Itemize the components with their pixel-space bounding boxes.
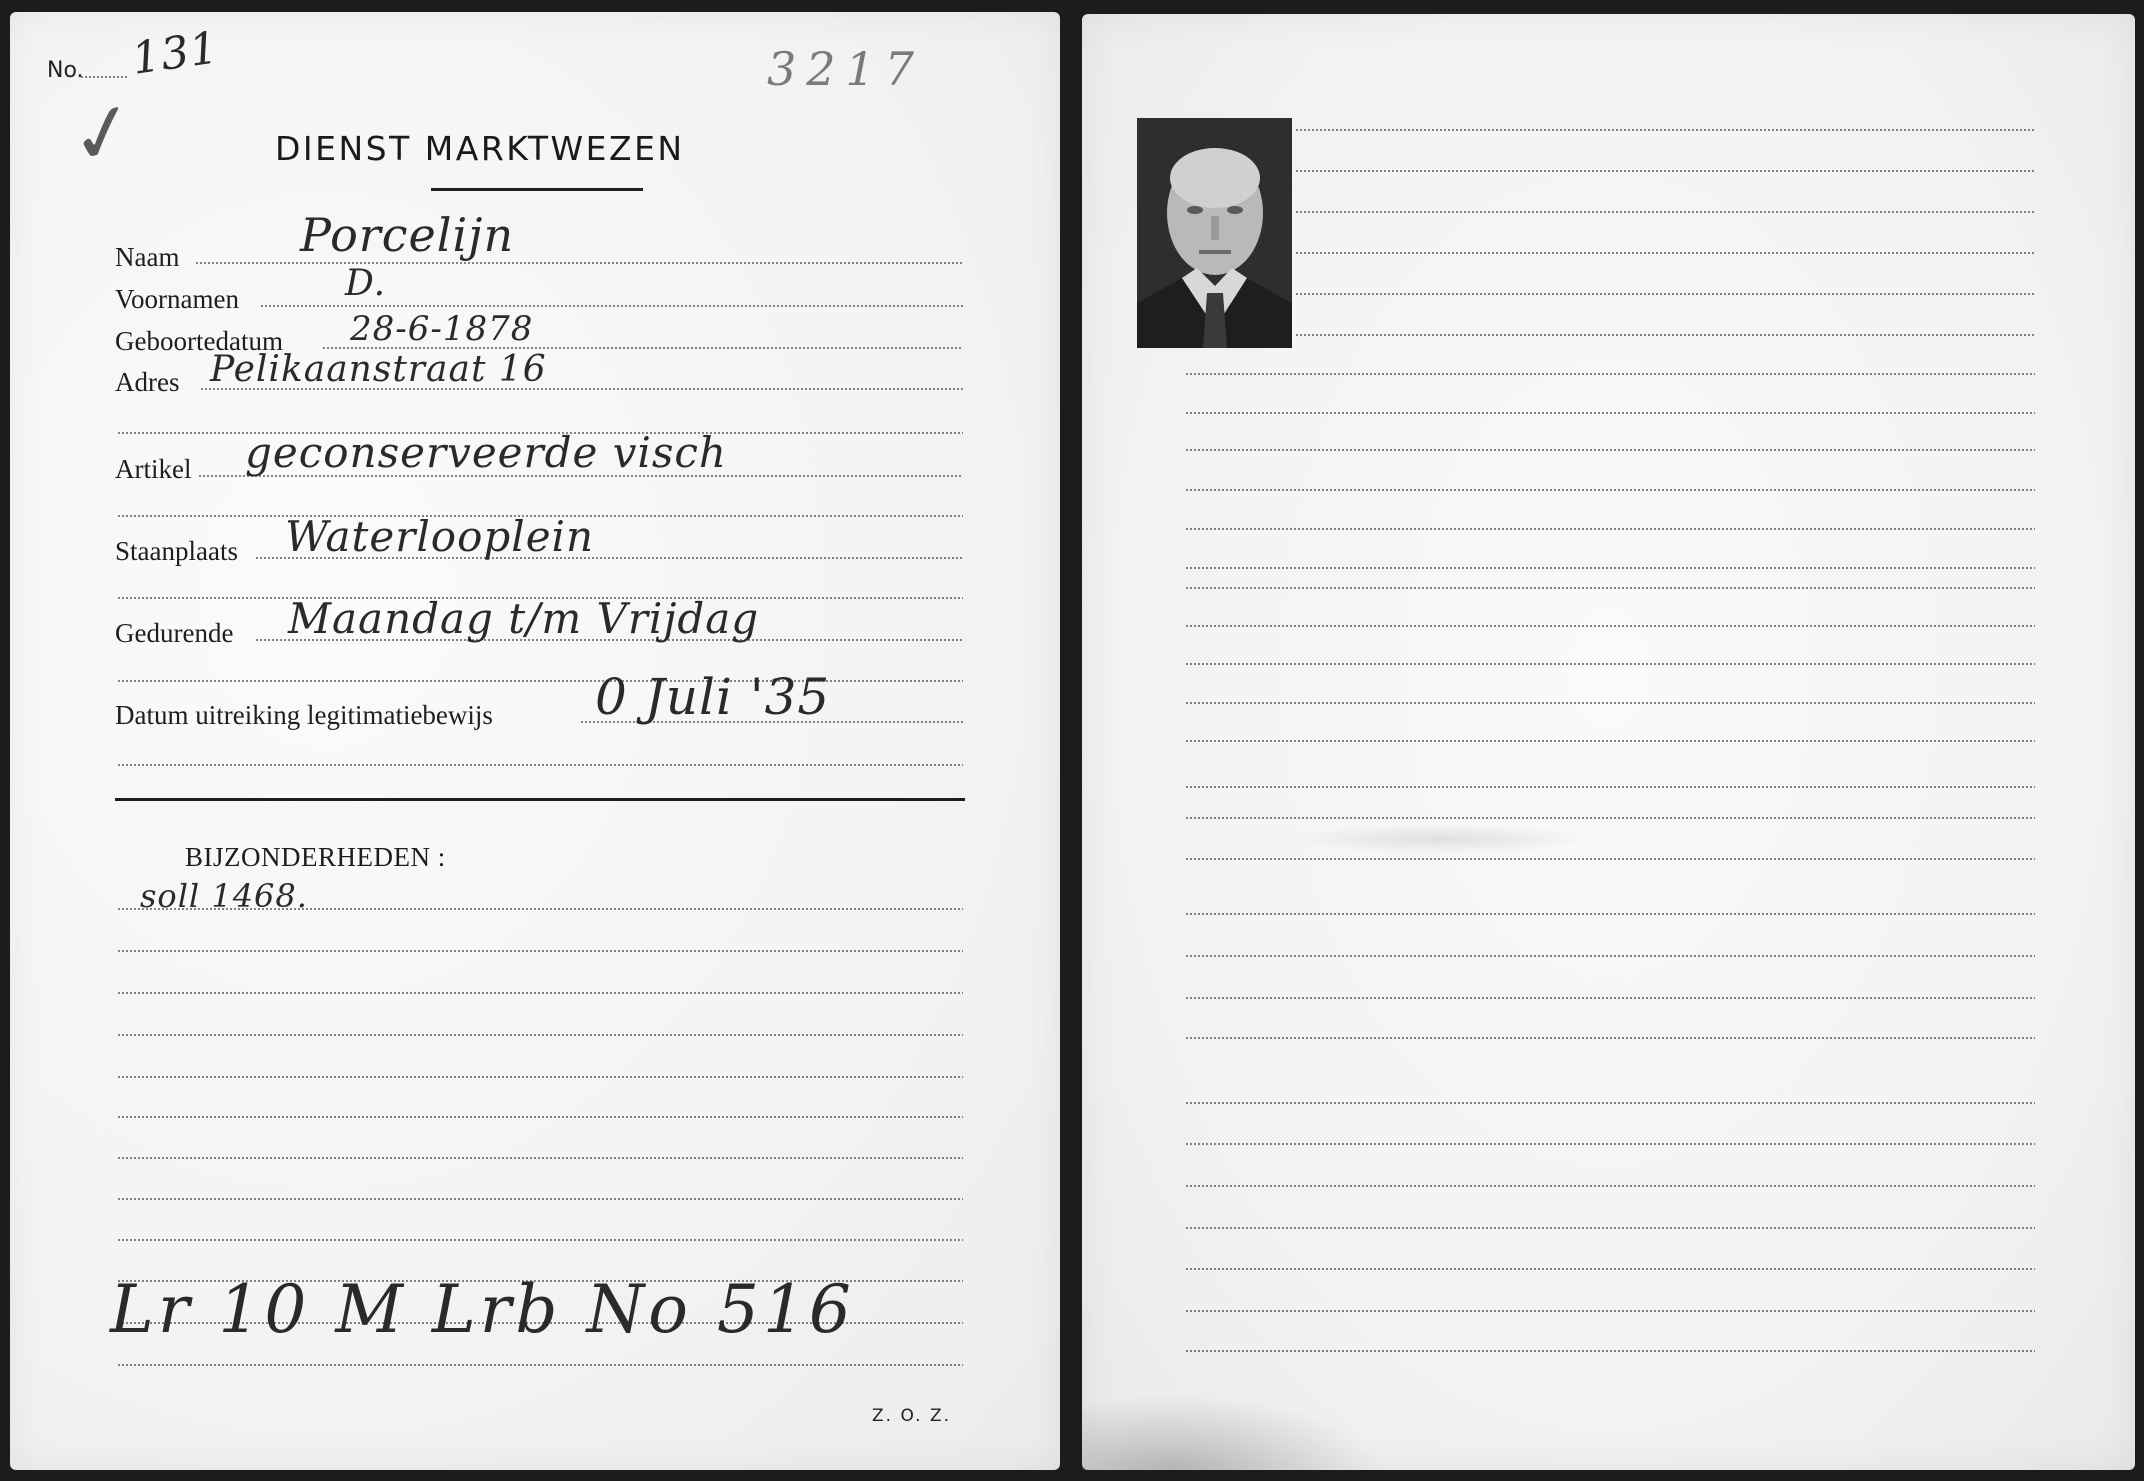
field-value-staanplaats: Waterlooplein xyxy=(285,516,594,558)
ruled-line xyxy=(1185,625,2035,627)
field-value-voornamen: D. xyxy=(345,266,386,302)
ruled-line xyxy=(1185,1185,2035,1187)
remarks-line xyxy=(117,1076,963,1078)
ruled-line xyxy=(1185,373,2035,375)
worn-corner xyxy=(1082,1394,1382,1470)
remarks-line xyxy=(117,908,963,910)
field-value-datum-uitreiking: 0 Juli '35 xyxy=(595,672,830,722)
section-divider xyxy=(115,798,965,801)
field-line-datum-extra xyxy=(117,764,963,766)
footer-handwritten-note: Lr 10 M Lrb No 516 xyxy=(110,1277,855,1343)
ruled-line xyxy=(1185,1037,2035,1039)
portrait-photo xyxy=(1137,118,1292,348)
field-label-adres: Adres xyxy=(115,369,179,396)
ruled-line xyxy=(1185,913,2035,915)
field-value-adres: Pelikaanstraat 16 xyxy=(210,352,547,388)
field-label-gedurende: Gedurende xyxy=(115,620,233,647)
title-underline xyxy=(431,188,643,191)
field-value-geboortedatum: 28-6-1878 xyxy=(350,312,533,346)
remarks-line xyxy=(117,1364,963,1366)
remarks-line xyxy=(117,1116,963,1118)
field-value-artikel: geconserveerde visch xyxy=(245,432,727,474)
remarks-heading: BIJZONDERHEDEN : xyxy=(185,844,446,871)
ruled-line xyxy=(1295,334,2035,336)
ruled-line xyxy=(1185,587,2035,589)
field-line-naam xyxy=(195,262,963,264)
number-value: 131 xyxy=(129,26,221,82)
field-value-naam: Porcelijn xyxy=(300,212,514,258)
ruled-line xyxy=(1185,567,2035,569)
ruled-line xyxy=(1295,252,2035,254)
ruled-line xyxy=(1295,129,2035,131)
ruled-line xyxy=(1185,449,2035,451)
field-label-datum-uitreiking: Datum uitreiking legitimatiebewijs xyxy=(115,702,493,729)
remarks-line xyxy=(117,1157,963,1159)
ruled-line xyxy=(1295,211,2035,213)
ruled-line xyxy=(1185,1350,2035,1352)
pencil-number: 3217 xyxy=(767,46,924,92)
ruled-line xyxy=(1185,1143,2035,1145)
ruled-line xyxy=(1185,663,2035,665)
ruled-line xyxy=(1185,1227,2035,1229)
check-mark-icon: ✓ xyxy=(62,88,144,180)
turn-over-note: Z. O. Z. xyxy=(872,1408,951,1425)
field-label-staanplaats: Staanplaats xyxy=(115,538,238,565)
remarks-line xyxy=(117,992,963,994)
remarks-line xyxy=(117,1239,963,1241)
ruled-line xyxy=(1185,489,2035,491)
field-label-artikel: Artikel xyxy=(115,456,191,483)
field-value-gedurende: Maandag t/m Vrijdag xyxy=(288,598,759,640)
ruled-line xyxy=(1185,955,2035,957)
ruled-line xyxy=(1185,412,2035,414)
field-label-voornamen: Voornamen xyxy=(115,286,239,313)
field-line-gedurende-extra xyxy=(117,680,963,682)
ruled-line xyxy=(1185,740,2035,742)
registration-card-front: No. 131 3217 ✓ DIENST MARKTWEZEN Naam Po… xyxy=(10,12,1060,1470)
ruled-line xyxy=(1295,170,2035,172)
portrait-icon xyxy=(1137,118,1292,348)
ruled-line xyxy=(1185,702,2035,704)
field-line-voornamen xyxy=(260,305,963,307)
ruled-line xyxy=(1185,858,2035,860)
ruled-line xyxy=(1295,293,2035,295)
ruled-line xyxy=(1185,786,2035,788)
number-dotted-line xyxy=(80,76,128,78)
ruled-line xyxy=(1185,1268,2035,1270)
page-title: DIENST MARKTWEZEN xyxy=(275,132,685,165)
ruled-line xyxy=(1185,997,2035,999)
ruled-line xyxy=(1185,1102,2035,1104)
number-label: No. xyxy=(47,60,84,82)
registration-card-back xyxy=(1082,14,2135,1470)
remarks-line xyxy=(117,1198,963,1200)
remarks-line xyxy=(117,950,963,952)
ruled-line xyxy=(1185,528,2035,530)
faded-smudge xyxy=(1292,824,1592,854)
remarks-line xyxy=(117,1034,963,1036)
ruled-line xyxy=(1185,1310,2035,1312)
field-label-naam: Naam xyxy=(115,244,179,271)
ruled-line xyxy=(1185,817,2035,819)
